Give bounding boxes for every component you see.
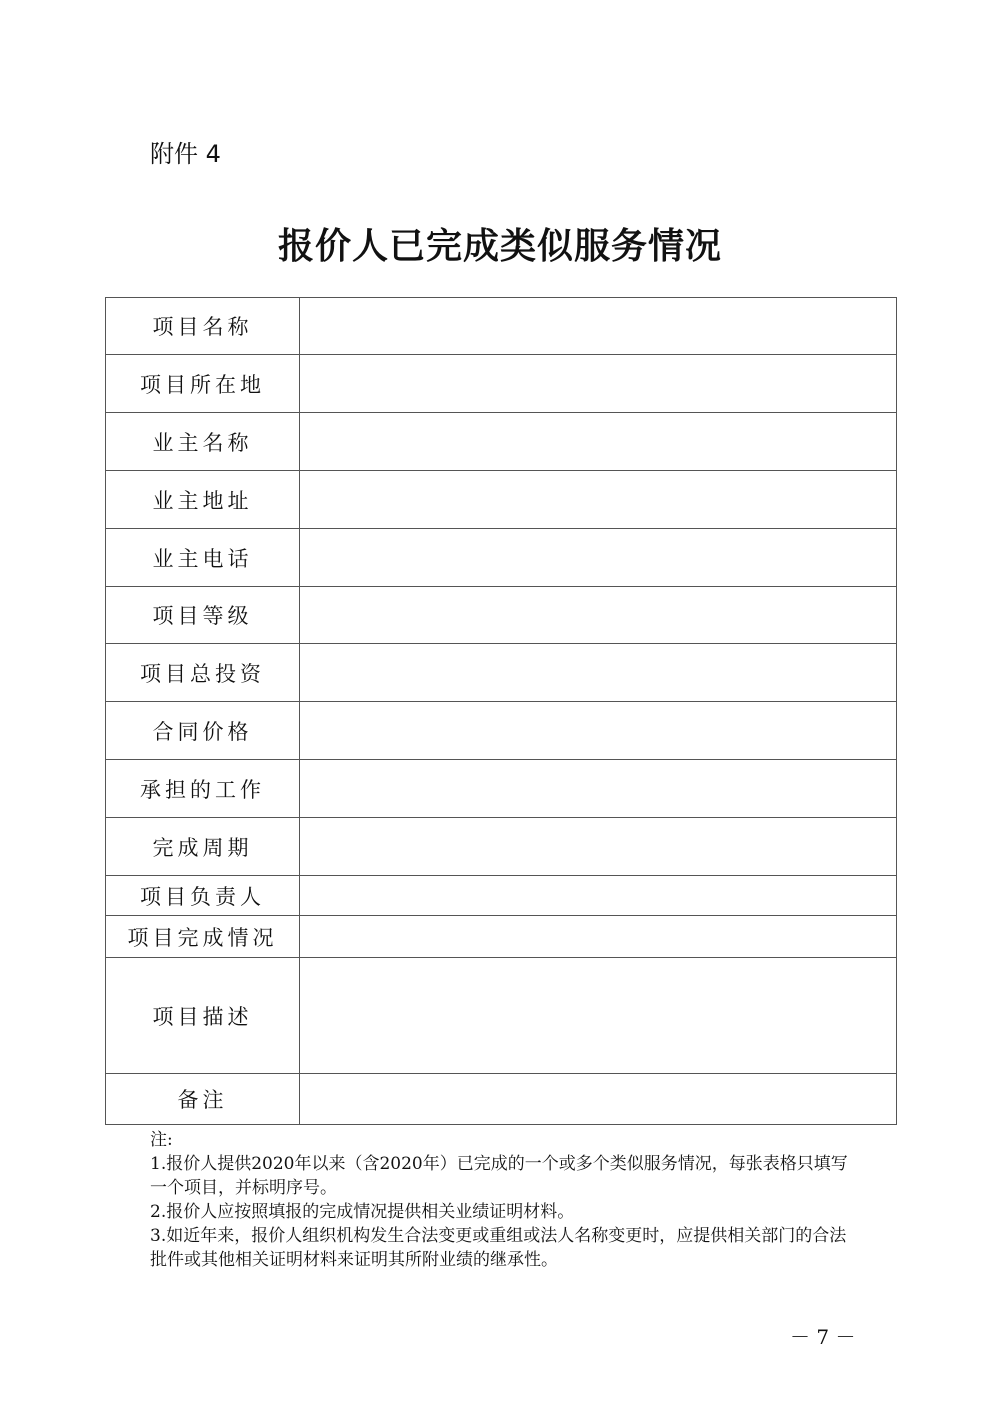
row-label: 备注 xyxy=(106,1074,300,1125)
row-value-field[interactable] xyxy=(300,529,897,587)
table-row: 项目名称 xyxy=(106,298,897,355)
table-row: 备注 xyxy=(106,1074,897,1125)
table-row: 合同价格 xyxy=(106,702,897,760)
row-label: 项目描述 xyxy=(106,958,300,1074)
table-row: 项目所在地 xyxy=(106,355,897,413)
row-label: 项目完成情况 xyxy=(106,916,300,958)
row-value-field[interactable] xyxy=(300,958,897,1074)
row-label: 项目总投资 xyxy=(106,644,300,702)
row-label: 项目等级 xyxy=(106,587,300,644)
row-label: 合同价格 xyxy=(106,702,300,760)
table-row: 项目等级 xyxy=(106,587,897,644)
row-label: 项目所在地 xyxy=(106,355,300,413)
row-label: 业主电话 xyxy=(106,529,300,587)
row-label: 项目名称 xyxy=(106,298,300,355)
table-row: 完成周期 xyxy=(106,818,897,876)
row-value-field[interactable] xyxy=(300,818,897,876)
notes-section: 注: 1.报价人提供2020年以来（含2020年）已完成的一个或多个类似服务情况… xyxy=(150,1128,860,1272)
row-label: 业主名称 xyxy=(106,413,300,471)
table-row: 业主电话 xyxy=(106,529,897,587)
page-number: － 7 － xyxy=(790,1321,855,1350)
row-label: 承担的工作 xyxy=(106,760,300,818)
table-row: 项目负责人 xyxy=(106,876,897,916)
row-value-field[interactable] xyxy=(300,916,897,958)
row-value-field[interactable] xyxy=(300,702,897,760)
table-row: 承担的工作 xyxy=(106,760,897,818)
table-row: 业主地址 xyxy=(106,471,897,529)
row-value-field[interactable] xyxy=(300,1074,897,1125)
row-label: 业主地址 xyxy=(106,471,300,529)
row-value-field[interactable] xyxy=(300,298,897,355)
project-form-table: 项目名称 项目所在地 业主名称 业主地址 业主电话 项目等级 项目总投资 合同 xyxy=(105,297,897,1125)
row-value-field[interactable] xyxy=(300,876,897,916)
row-label: 完成周期 xyxy=(106,818,300,876)
row-value-field[interactable] xyxy=(300,644,897,702)
row-value-field[interactable] xyxy=(300,413,897,471)
row-value-field[interactable] xyxy=(300,355,897,413)
notes-heading: 注: xyxy=(150,1128,860,1152)
note-item: 2.报价人应按照填报的完成情况提供相关业绩证明材料。 xyxy=(150,1200,860,1224)
note-item: 3.如近年来，报价人组织机构发生合法变更或重组或法人名称变更时，应提供相关部门的… xyxy=(150,1224,860,1272)
table-row: 项目总投资 xyxy=(106,644,897,702)
row-label: 项目负责人 xyxy=(106,876,300,916)
row-value-field[interactable] xyxy=(300,760,897,818)
page-title: 报价人已完成类似服务情况 xyxy=(0,218,1000,269)
table-row: 项目完成情况 xyxy=(106,916,897,958)
row-value-field[interactable] xyxy=(300,587,897,644)
table-row: 业主名称 xyxy=(106,413,897,471)
note-item: 1.报价人提供2020年以来（含2020年）已完成的一个或多个类似服务情况，每张… xyxy=(150,1152,860,1200)
attachment-label: 附件 4 xyxy=(150,134,221,169)
row-value-field[interactable] xyxy=(300,471,897,529)
table-row: 项目描述 xyxy=(106,958,897,1074)
